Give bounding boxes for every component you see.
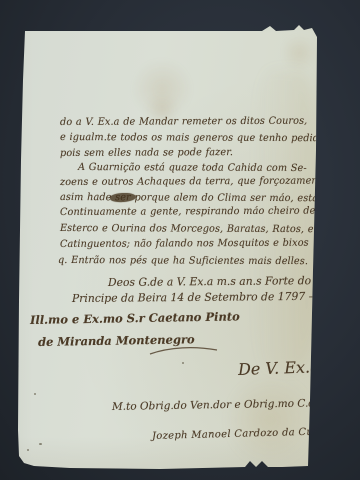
signature: Jozeph Manoel Cardozo da Cunha [152, 426, 333, 442]
addressee-name: Ill.mo e Ex.mo S.r Caetano Pinto [30, 309, 240, 327]
pen-flourish [148, 344, 220, 358]
body-line: zoens e outros Achaques da terra, que fo… [60, 176, 328, 188]
photo-background: do a V. Ex.a de Mandar remeter os ditos … [0, 0, 360, 480]
body-line: do a V. Ex.a de Mandar remeter os ditos … [60, 116, 307, 128]
body-line: Esterco e Ourina dos Morcegos, Baratas, … [60, 223, 314, 235]
body-line: A Guarnição está quaze toda Cahida com S… [78, 162, 307, 174]
handwritten-text-layer: do a V. Ex.a de Mandar remeter os ditos … [0, 0, 360, 480]
body-line: asim hade ser porque alem do Clima ser m… [60, 192, 318, 204]
letter-page: do a V. Ex.a de Mandar remeter os ditos … [0, 0, 360, 480]
body-line: Continuamente a gente, respirando máo ch… [60, 206, 315, 218]
body-line: q. Entrão nos pés que ha Suficientes mai… [58, 255, 308, 267]
body-line: Catinguentos; não falando nos Mosquitos … [60, 238, 309, 250]
valediction: De V. Ex.a [238, 357, 320, 379]
dateline-salute: Deos G.de a V. Ex.a m.s an.s Forte do [108, 274, 311, 289]
courtesy-formula: M.to Obrig.do Ven.dor e Obrig.mo C.do [112, 397, 322, 413]
body-line: pois sem elles nada se pode fazer. [60, 147, 233, 159]
body-line: e igualm.te todos os mais generos que te… [60, 132, 339, 144]
dateline-place-date: Principe da Beira 14 de Setembro de 1797… [72, 290, 319, 305]
